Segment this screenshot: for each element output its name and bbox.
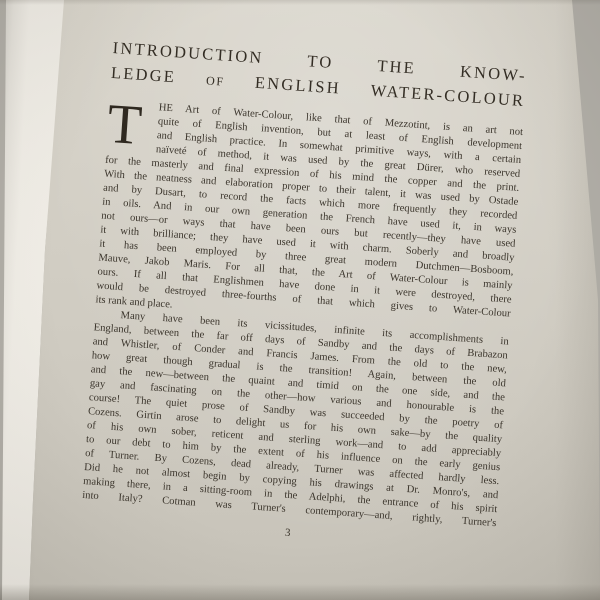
title-line2-of: OF (206, 73, 225, 88)
book-photo: INTRODUCTION TO THE KNOW- LEDGE OF ENGLI… (0, 0, 600, 600)
photo-bottom-shadow (0, 584, 600, 600)
book-page: INTRODUCTION TO THE KNOW- LEDGE OF ENGLI… (0, 0, 600, 600)
photo-top-shadow (0, 0, 600, 5)
paragraph: Many have been its vicissitudes, infinit… (82, 307, 509, 531)
title-line2-pre: LEDGE (110, 63, 176, 86)
paragraph: THE Art of Water-Colour, like that of Me… (95, 98, 523, 336)
drop-cap: T (106, 99, 152, 155)
body-text: THE Art of Water-Colour, like that of Me… (82, 98, 524, 531)
page-content: INTRODUCTION TO THE KNOW- LEDGE OF ENGLI… (80, 30, 528, 554)
